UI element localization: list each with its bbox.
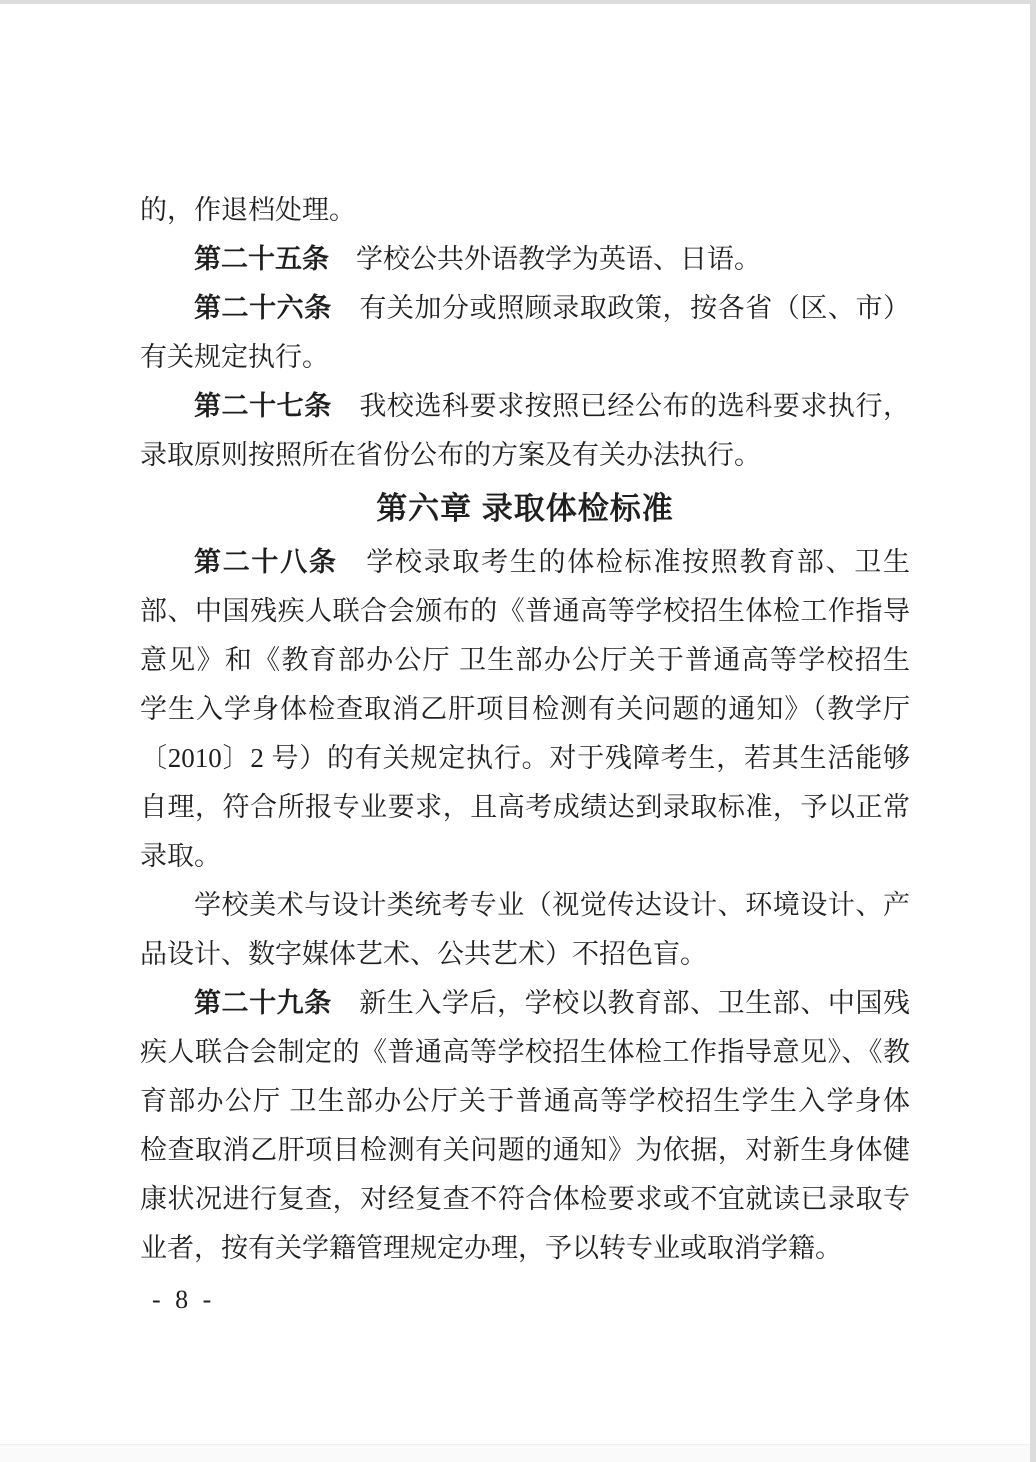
page-number: - 8 - xyxy=(152,1280,215,1320)
document-body: 的，作退档处理。 第二十五条 学校公共外语教学为英语、日语。 第二十六条 有关加… xyxy=(140,186,910,1273)
article-number: 第二十六条 xyxy=(194,293,332,323)
text-line: 第二十六条 有关加分或照顾录取政策，按各省（区、市） xyxy=(140,284,910,333)
line-text: 新生入学后，学校以教育部、卫生部、中国残 xyxy=(332,988,910,1018)
line-text: 自理，符合所报专业要求，且高考成绩达到录取标准，予以正常 xyxy=(140,792,910,822)
text-line: 康状况进行复查，对经复查不符合体检要求或不宜就读已录取专 xyxy=(140,1175,910,1224)
text-line: 〔2010〕2 号）的有关规定执行。对于残障考生，若其生活能够 xyxy=(140,734,910,783)
line-text: 品设计、数字媒体艺术、公共艺术）不招色盲。 xyxy=(140,939,707,969)
text-line: 第二十五条 学校公共外语教学为英语、日语。 xyxy=(140,235,910,284)
text-line: 业者，按有关学籍管理规定办理，予以转专业或取消学籍。 xyxy=(140,1224,910,1273)
line-text: 意见》和《教育部办公厅 卫生部办公厅关于普通高等学校招生 xyxy=(140,645,910,675)
text-line: 学校美术与设计类统考专业（视觉传达设计、环境设计、产 xyxy=(140,881,910,930)
line-text: 业者，按有关学籍管理规定办理，予以转专业或取消学籍。 xyxy=(140,1233,842,1263)
page-edge-top xyxy=(0,0,1036,4)
text-line: 第二十九条 新生入学后，学校以教育部、卫生部、中国残 xyxy=(140,979,910,1028)
line-text: 有关加分或照顾录取政策，按各省（区、市） xyxy=(332,293,910,323)
text-line: 第二十七条 我校选科要求按照已经公布的选科要求执行， xyxy=(140,382,910,431)
page-gap-bottom xyxy=(0,1444,1030,1462)
line-text: 的，作退档处理。 xyxy=(140,195,356,225)
text-line: 品设计、数字媒体艺术、公共艺术）不招色盲。 xyxy=(140,930,910,979)
text-line: 录取原则按照所在省份公布的方案及有关办法执行。 xyxy=(140,431,910,480)
text-line: 部、中国残疾人联合会颁布的《普通高等学校招生体检工作指导 xyxy=(140,587,910,636)
line-text: 我校选科要求按照已经公布的选科要求执行， xyxy=(332,391,910,421)
article-number: 第二十九条 xyxy=(194,988,332,1018)
text-line: 的，作退档处理。 xyxy=(140,186,910,235)
text-line: 检查取消乙肝项目检测有关问题的通知》为依据，对新生身体健 xyxy=(140,1126,910,1175)
line-text: 录取原则按照所在省份公布的方案及有关办法执行。 xyxy=(140,440,761,470)
line-text: 检查取消乙肝项目检测有关问题的通知》为依据，对新生身体健 xyxy=(140,1135,910,1165)
line-text: 部、中国残疾人联合会颁布的《普通高等学校招生体检工作指导 xyxy=(140,596,910,626)
line-text: 录取。 xyxy=(140,841,221,871)
line-text: 学校录取考生的体检标准按照教育部、卫生 xyxy=(338,547,910,577)
line-text: 有关规定执行。 xyxy=(140,342,329,372)
line-text: 康状况进行复查，对经复查不符合体检要求或不宜就读已录取专 xyxy=(140,1184,910,1214)
article-number: 第二十五条 xyxy=(194,244,329,274)
text-line: 有关规定执行。 xyxy=(140,333,910,382)
article-number: 第二十八条 xyxy=(194,547,338,577)
line-text: 〔2010〕2 号）的有关规定执行。对于残障考生，若其生活能够 xyxy=(140,743,910,773)
text-line: 录取。 xyxy=(140,832,910,881)
text-line: 育部办公厅 卫生部办公厅关于普通高等学校招生学生入学身体 xyxy=(140,1077,910,1126)
line-text: 学校公共外语教学为英语、日语。 xyxy=(329,244,761,274)
line-text: 疾人联合会制定的《普通高等学校招生体检工作指导意见》、《教 xyxy=(140,1037,910,1067)
article-number: 第二十七条 xyxy=(194,391,332,421)
chapter-heading: 第六章 录取体检标准 xyxy=(140,480,910,538)
line-text: 学校美术与设计类统考专业（视觉传达设计、环境设计、产 xyxy=(194,890,910,920)
line-text: 学生入学身体检查取消乙肝项目检测有关问题的通知》（教学厅 xyxy=(140,694,910,724)
text-line: 学生入学身体检查取消乙肝项目检测有关问题的通知》（教学厅 xyxy=(140,685,910,734)
text-line: 疾人联合会制定的《普通高等学校招生体检工作指导意见》、《教 xyxy=(140,1028,910,1077)
page-edge-right xyxy=(1030,0,1036,1462)
text-line: 第二十八条 学校录取考生的体检标准按照教育部、卫生 xyxy=(140,538,910,587)
text-line: 意见》和《教育部办公厅 卫生部办公厅关于普通高等学校招生 xyxy=(140,636,910,685)
line-text: 育部办公厅 卫生部办公厅关于普通高等学校招生学生入学身体 xyxy=(140,1086,910,1116)
text-line: 自理，符合所报专业要求，且高考成绩达到录取标准，予以正常 xyxy=(140,783,910,832)
